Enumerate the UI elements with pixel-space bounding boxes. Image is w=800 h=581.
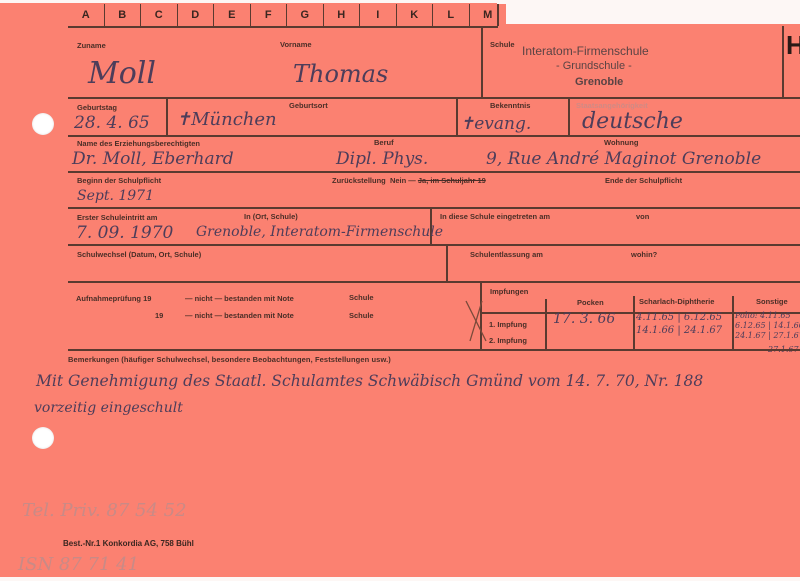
in-diese-schule-label: In diese Schule eingetreten am (440, 212, 550, 221)
aufnahmepruefung-row1-school: Schule (349, 293, 374, 302)
divider-schule (481, 26, 483, 98)
bekenntnis-value: ✝evang. (460, 114, 531, 134)
index-tab-a: A (68, 4, 105, 26)
wohnung-label: Wohnung (604, 138, 638, 147)
in-ort-schule-value: Grenoble, Interatom-Firmenschule (196, 224, 443, 240)
index-tab-e: E (214, 4, 251, 26)
impfungen-col-sonstige: Sonstige (756, 297, 788, 306)
bekenntnis-label: Bekenntnis (490, 101, 530, 110)
aufnahmepruefung-row2-school: Schule (349, 311, 374, 320)
impfung-pocken-1: 17. 3. 66 (553, 311, 615, 327)
erziehungsberechtigter-value: Dr. Moll, Eberhard (72, 149, 234, 169)
zurueckstellung-label: Zurückstellung Nein — Ja, im Schuljahr 1… (332, 176, 486, 185)
card-bottom-edge (0, 577, 800, 581)
index-tab-c: C (141, 4, 178, 26)
zurueckstellung-nein: Nein — (390, 176, 416, 185)
index-tab-m: M (470, 4, 507, 26)
schule-stamp-line2: - Grundschule - (556, 60, 632, 72)
wohnung-value: 9, Rue André Maginot Grenoble (486, 149, 761, 169)
impfung-sonstige-3: 24.1.67 | 27.1.67 (735, 331, 800, 340)
tab-right-edge (497, 4, 499, 26)
index-tab-b: B (105, 4, 142, 26)
aufnahmepruefung-row2-result: — nicht — bestanden mit Note (185, 311, 294, 320)
index-tab-f: F (251, 4, 288, 26)
schule-stamp-line1: Interatom-Firmenschule (522, 44, 649, 58)
print-info: Best.-Nr.1 Konkordia AG, 758 Bühl (63, 539, 194, 548)
divider-geburtstag (166, 97, 168, 135)
impfungen-col-divider-2 (633, 296, 635, 349)
ende-schulpflicht-label: Ende der Schulpflicht (605, 176, 682, 185)
wohin-label: wohin? (631, 250, 657, 259)
zurueckstellung-ja-struck: Ja, im Schuljahr 19 (418, 176, 486, 185)
beginn-schulpflicht-value: Sept. 1971 (77, 188, 154, 204)
bemerkungen-label: Bemerkungen (häufiger Schulwechsel, beso… (68, 355, 391, 364)
index-tab-strip: A B C D E F G H I K L M (68, 4, 506, 26)
index-tab-h: H (324, 4, 361, 26)
impfungen-col-pocken: Pocken (577, 298, 604, 307)
beruf-value: Dipl. Phys. (336, 149, 428, 169)
geburtsort-label: Geburtsort (289, 101, 328, 110)
rule-row6 (68, 281, 800, 283)
rule-row4 (68, 207, 800, 209)
rule-row1 (68, 97, 800, 99)
von-label: von (636, 212, 649, 221)
geburtsort-value: ✝München (176, 109, 277, 130)
index-tab-l: L (433, 4, 470, 26)
aufnahmepruefung-row1-result: — nicht — bestanden mit Note (185, 294, 294, 303)
divider-right-letter (782, 26, 784, 98)
tab-underline (68, 26, 498, 28)
impfungen-title: Impfungen (490, 287, 528, 296)
bemerkungen-line2: vorzeitig eingeschult (34, 400, 183, 416)
erster-schuleintritt-value: 7. 09. 1970 (76, 223, 173, 243)
impfung-sonstige-1: Polio: 4.11.65 (735, 311, 791, 320)
zuname-label: Zuname (77, 41, 106, 50)
erziehungsberechtigter-label: Name des Erziehungsberechtigten (77, 139, 200, 148)
rule-row2 (68, 135, 800, 137)
impfungen-col-divider-1 (545, 299, 547, 349)
vorname-value: Thomas (293, 60, 388, 88)
index-tab-g: G (287, 4, 324, 26)
zurueckstellung-title: Zurückstellung (332, 176, 386, 185)
schule-stamp-line3: Grenoble (575, 76, 623, 88)
rule-row3 (68, 171, 800, 173)
impfung-sonstige-2: 6.12.65 | 14.1.66 (735, 321, 800, 330)
card-top-cutout (497, 0, 800, 24)
impfung-row1-label: 1. Impfung (489, 320, 527, 329)
impfung-row2-label: 2. Impfung (489, 336, 527, 345)
isn-note: ISN 87 71 41 (18, 554, 139, 575)
index-tab-k: K (397, 4, 434, 26)
schule-label: Schule (490, 40, 515, 49)
staatsangehoerigkeit-value: deutsche (582, 109, 683, 134)
cross-mark-icon (462, 297, 492, 345)
zuname-value: Moll (88, 56, 156, 91)
impfungen-col-diphtherie: Scharlach-Diphtherie (639, 297, 714, 306)
bemerkungen-line1: Mit Genehmigung des Staatl. Schulamtes S… (36, 372, 703, 390)
rule-row5 (68, 244, 800, 246)
divider-schulentlassung (446, 244, 448, 281)
rule-row7 (68, 349, 800, 351)
geburtstag-label: Geburtstag (77, 103, 117, 112)
impfung-diphtherie-2: 14.1.66 | 24.1.67 (636, 325, 722, 336)
impfungen-col-divider-3 (732, 296, 734, 349)
divider-staatsang (568, 97, 570, 135)
vorname-label: Vorname (280, 40, 312, 49)
register-letter: H (786, 30, 800, 61)
aufnahmepruefung-row2-label: 19 (155, 311, 163, 320)
beginn-schulpflicht-label: Beginn der Schulpflicht (77, 176, 161, 185)
punch-hole-bottom (32, 427, 54, 449)
erster-schuleintritt-label: Erster Schuleintritt am (77, 213, 157, 222)
index-tab-i: I (360, 4, 397, 26)
schulwechsel-label: Schulwechsel (Datum, Ort, Schule) (77, 250, 201, 259)
in-ort-schule-label: In (Ort, Schule) (244, 212, 298, 221)
impfung-diphtherie-1: 4.11.65 | 6.12.65 (636, 312, 722, 323)
aufnahmepruefung-row1-label: Aufnahmeprüfung 19 (76, 294, 151, 303)
tel-note: Tel. Priv. 87 54 52 (22, 500, 187, 521)
schulentlassung-label: Schulentlassung am (470, 250, 543, 259)
geburtstag-value: 28. 4. 65 (74, 113, 150, 133)
index-tab-d: D (178, 4, 215, 26)
divider-bekenntnis (456, 97, 458, 135)
punch-hole-top (32, 113, 54, 135)
beruf-label: Beruf (374, 138, 394, 147)
